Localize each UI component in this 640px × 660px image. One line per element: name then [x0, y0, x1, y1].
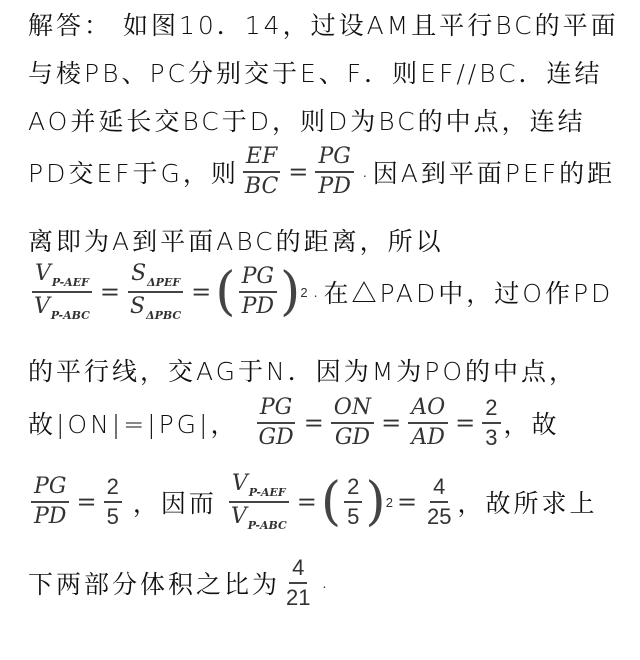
fraction-2-5: 25 [104, 475, 122, 529]
fraction-pg-pd: PG PD [315, 145, 353, 199]
line-8-prefix: 故|ON|=|PG|， [28, 405, 238, 441]
volume-ratio-equation: VP-AEF VP-ABC = SΔPEF SΔPBC = ( PG PD ) … [28, 262, 323, 322]
text-line-10: 下两部分体积之比为 421 . [28, 556, 332, 610]
text-line-2: 与棱PB、PC分别交于E、F．则EF//BC．连结 [28, 54, 603, 90]
line-8-suffix: ，故 [504, 405, 560, 441]
fraction-4-25: 425 [424, 475, 454, 529]
denominator: BC [242, 173, 281, 199]
denominator: PD [315, 173, 353, 199]
equals-sign: = [288, 158, 308, 186]
fraction-volume: VP-AEF VP-ABC [228, 472, 290, 532]
fraction-2-5: 25 [344, 475, 362, 529]
line-9-middle: ，因而 [133, 484, 217, 520]
text-line-6: VP-AEF VP-ABC = SΔPEF SΔPBC = ( PG PD ) … [28, 262, 613, 322]
denominator: PD [239, 293, 277, 319]
fraction-ef-bc: EF BC [242, 145, 281, 199]
text-line-8: 故|ON|=|PG|， PGGD = ONGD = AOAD = 23 ，故 [28, 396, 560, 450]
fraction-4-21: 421 [283, 556, 313, 610]
numerator: EF [243, 145, 280, 173]
text-line-9: PGPD = 25 ，因而 VP-AEF VP-ABC = ( 25 ) 2 =… [28, 472, 598, 532]
denominator: VP-ABC [31, 293, 93, 322]
line-4-prefix: PD交EF于G，则 [28, 154, 239, 190]
text-line-4: PD交EF于G，则 EF BC = PG PD . 因A到平面PEF的距 [28, 145, 615, 199]
numerator: VP-AEF [32, 262, 92, 293]
proportion-chain: PGGD = ONGD = AOAD = 23 [252, 396, 503, 450]
numerator: PG [315, 145, 353, 173]
final-ratio: 421 . [280, 556, 332, 610]
line-6-suffix: 在△PAD中，过O作PD [323, 274, 613, 310]
fraction-ao-ad: AOAD [408, 396, 448, 450]
line-10-prefix: 下两部分体积之比为 [28, 565, 280, 601]
fraction-area: SΔPEF SΔPBC [127, 262, 184, 322]
fraction-pg-pd: PGPD [31, 475, 69, 529]
exponent: 2 [300, 285, 307, 300]
text-line-1: 解答： 如图10．14，过设AM且平行BC的平面 [28, 6, 619, 42]
text-line-3: AO并延长交BC于D，则D为BC的中点，连结 [28, 102, 586, 138]
ratio-equation: EF BC = PG PD . [239, 145, 373, 199]
text-line-7: 的平行线，交AG于N．因为M为PO的中点， [28, 352, 577, 388]
line-9-suffix: ，故所求上 [458, 484, 598, 520]
line-4-suffix: 因A到平面PEF的距 [373, 154, 615, 190]
fraction-pg-pd: PG PD [239, 265, 277, 319]
numerator: PG [239, 265, 277, 293]
exponent: 2 [386, 495, 393, 510]
denominator: SΔPBC [127, 293, 184, 322]
fraction-volume: VP-AEF VP-ABC [31, 262, 93, 322]
volume-result-equation: VP-AEF VP-ABC = ( 25 ) 2 = 425 [225, 472, 458, 532]
text-line-5: 离即为A到平面ABC的距离，所以 [28, 222, 444, 258]
pg-pd-equation: PGPD = 25 [28, 475, 125, 529]
fraction-on-gd: ONGD [331, 396, 374, 450]
numerator: SΔPEF [128, 262, 183, 293]
fraction-2-3: 23 [482, 396, 500, 450]
fraction-pg-gd: PGGD [255, 396, 296, 450]
